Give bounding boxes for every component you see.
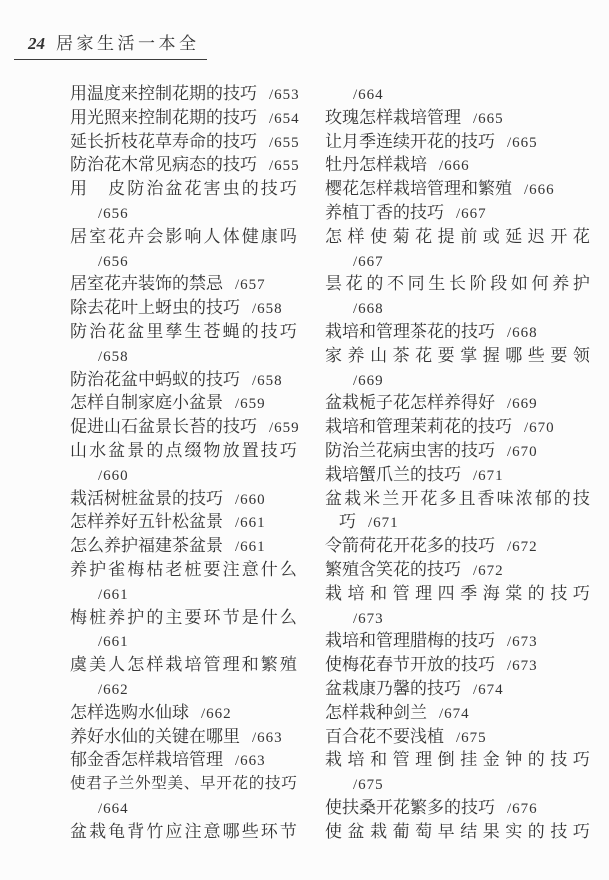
entry-char: 阶	[470, 272, 487, 296]
toc-line: 盆栽栀子花怎样养得好/669	[325, 391, 590, 415]
entry-char: 栽	[89, 820, 106, 844]
entry-char: 不	[387, 272, 404, 296]
toc-line: 虞美人怎样栽培管理和繁殖	[70, 653, 297, 677]
entry-char: 季	[460, 582, 477, 606]
entry-page-number: /667	[353, 254, 384, 270]
entry-char: 早	[200, 772, 216, 796]
entry-char: 室	[89, 225, 106, 249]
toc-line: 繁殖含笑花的技巧/672	[325, 558, 590, 582]
entry-char: 领	[573, 344, 590, 368]
entry-char: 金	[483, 748, 500, 772]
entry-char: 使	[325, 820, 342, 844]
entry-char: 培	[184, 653, 201, 677]
entry-char: 环	[261, 820, 278, 844]
entry-char: 主	[165, 606, 182, 630]
entry-char: 和	[370, 582, 387, 606]
entry-char: 吗	[280, 225, 297, 249]
entry-char: 、	[184, 772, 200, 796]
toc-line: /664	[325, 82, 590, 106]
entry-char: 山	[370, 344, 387, 368]
entry-char: 花	[415, 344, 432, 368]
entry-char: 影	[165, 225, 182, 249]
toc-line: /669	[325, 368, 590, 392]
entry-char: 美	[89, 653, 106, 677]
entry-page-number: /656	[98, 254, 129, 270]
entry-char: 缀	[184, 439, 201, 463]
entry-char: 的	[146, 439, 163, 463]
entry-title: 怎样选购水仙球	[70, 703, 189, 722]
entry-char: 样	[146, 653, 163, 677]
entry-char: 子	[103, 772, 119, 796]
entry-char: 长	[449, 272, 466, 296]
entry-char: 物	[204, 439, 221, 463]
entry-char: 花	[108, 320, 125, 344]
entry-char: 的	[249, 772, 265, 796]
entry-char: 什	[261, 606, 278, 630]
toc-line: 防治花盆里孳生苍蝇的技巧	[70, 320, 297, 344]
entry-page-number: /672	[473, 563, 504, 579]
entry-title: 牡丹怎样栽培	[325, 155, 427, 174]
book-page: 24居家生活一本全 用温度来控制花期的技巧/653用光照来控制花期的技巧/654…	[0, 0, 609, 880]
entry-char: 些	[528, 344, 545, 368]
entry-page-number: /668	[507, 325, 538, 341]
entry-char: 山	[70, 439, 87, 463]
toc-line: 昙花的不同生长阶段如何养护	[325, 272, 590, 296]
entry-page-number: /671	[368, 515, 399, 531]
toc-line: 怎样使菊花提前或延迟开花	[325, 225, 590, 249]
entry-char: 技	[573, 487, 590, 511]
entry-char: 的	[242, 177, 259, 201]
toc-column-right: /664玫瑰怎样栽培管理/665让月季连续开花的技巧/665牡丹怎样栽培/666…	[325, 82, 590, 844]
entry-char: 虞	[70, 653, 87, 677]
entry-title: 让月季连续开花的技巧	[325, 132, 495, 151]
entry-title: 使扶桑开花繁多的技巧	[325, 798, 495, 817]
toc-line: 盆栽米兰开花多且香味浓郁的技	[325, 487, 590, 511]
entry-title: 养好水仙的关键在哪里	[70, 727, 240, 746]
toc-line: /656	[70, 249, 297, 273]
entry-page-number: /661	[235, 515, 266, 531]
entry-char: 梅	[127, 558, 144, 582]
entry-char: 盆	[325, 487, 342, 511]
entry-char: 管	[393, 582, 410, 606]
entry-char: 注	[184, 820, 201, 844]
entry-char: 巧	[280, 320, 297, 344]
entry-char: 体	[223, 225, 240, 249]
entry-char: 孳	[165, 320, 182, 344]
toc-line: 郁金香怎样栽培管理/663	[70, 748, 297, 772]
entry-char: 君	[86, 772, 102, 796]
toc-line: /661	[70, 582, 297, 606]
toc-line: 栽活树桩盆景的技巧/660	[70, 487, 297, 511]
entry-char: 米	[363, 487, 380, 511]
entry-char: 哪	[505, 344, 522, 368]
toc-column-left: 用温度来控制花期的技巧/653用光照来控制花期的技巧/654延长折枝花草寿命的技…	[70, 82, 297, 844]
header-page-number: 24	[28, 34, 45, 53]
toc-line: /660	[70, 463, 297, 487]
toc-line: 巧/671	[325, 510, 590, 534]
entry-title: 使梅花春节开放的技巧	[325, 655, 495, 674]
entry-char: 卉	[127, 225, 144, 249]
entry-char: 巧	[281, 772, 297, 796]
toc-line: 牡丹怎样栽培/666	[325, 153, 590, 177]
entry-title: 促进山石盆景长苔的技巧	[70, 417, 257, 436]
entry-page-number: /673	[507, 658, 538, 674]
entry-char: 花	[573, 225, 590, 249]
toc-line: 防治兰花病虫害的技巧/670	[325, 439, 590, 463]
entry-title: 百合花不要浅植	[325, 727, 444, 746]
entry-char: 的	[528, 820, 545, 844]
entry-char: 巧	[573, 748, 590, 772]
entry-page-number: /672	[507, 539, 538, 555]
entry-char: 雀	[108, 558, 125, 582]
entry-char: 果	[483, 820, 500, 844]
entry-page-number: /668	[353, 301, 384, 317]
entry-char: 段	[490, 272, 507, 296]
entry-title: 栽培和管理茶花的技巧	[325, 322, 495, 341]
entry-char: 花	[184, 177, 201, 201]
entry-char: 防	[127, 177, 144, 201]
entry-char: 管	[204, 653, 221, 677]
entry-char: 怎	[127, 653, 144, 677]
entry-char: 的	[242, 320, 259, 344]
toc-line: 令箭荷花开花多的技巧/672	[325, 534, 590, 558]
toc-line: 家养山茶花要掌握哪些要领	[325, 344, 590, 368]
toc-line: 盆栽康乃馨的技巧/674	[325, 677, 590, 701]
entry-char: 应	[165, 820, 182, 844]
entry-char: 护	[573, 272, 590, 296]
entry-page-number: /655	[269, 158, 300, 174]
entry-char: 盆	[70, 820, 87, 844]
entry-char: 技	[550, 820, 567, 844]
entry-char: 么	[280, 558, 297, 582]
entry-char: 护	[127, 606, 144, 630]
missing-char-gap	[89, 177, 106, 201]
entry-char: 康	[261, 225, 278, 249]
entry-char: 皮	[108, 177, 125, 201]
entry-char: 殖	[280, 653, 297, 677]
entry-char: 何	[532, 272, 549, 296]
entry-title: 令箭荷花开花多的技巧	[325, 536, 495, 555]
entry-title: 玫瑰怎样栽培管理	[325, 108, 461, 127]
entry-page-number: /664	[353, 87, 384, 103]
entry-title: 怎么养护福建茶盆景	[70, 536, 223, 555]
entry-char: 海	[483, 582, 500, 606]
entry-page-number: /669	[353, 373, 384, 389]
entry-char: 哪	[223, 820, 240, 844]
toc-line: /668	[325, 296, 590, 320]
toc-line: 用光照来控制花期的技巧/654	[70, 106, 297, 130]
entry-page-number: /673	[507, 634, 538, 650]
entry-char: 四	[438, 582, 455, 606]
entry-char: 技	[265, 772, 281, 796]
entry-title: 栽活树桩盆景的技巧	[70, 489, 223, 508]
entry-page-number: /666	[439, 158, 470, 174]
entry-char: 人	[204, 225, 221, 249]
entry-char: 龟	[108, 820, 125, 844]
entry-char: 响	[184, 225, 201, 249]
entry-char: 理	[223, 653, 240, 677]
entry-char: 花	[415, 225, 432, 249]
entry-char: 老	[165, 558, 182, 582]
toc-line: 怎样自制家庭小盆景/659	[70, 391, 297, 415]
toc-line: 除去花叶上蚜虫的技巧/658	[70, 296, 297, 320]
entry-char: 水	[89, 439, 106, 463]
entry-page-number: /675	[353, 777, 384, 793]
entry-char: 开	[550, 225, 567, 249]
entry-char: 置	[242, 439, 259, 463]
entry-page-number: /673	[353, 611, 384, 627]
entry-char: 棠	[505, 582, 522, 606]
entry-char: 意	[242, 558, 259, 582]
entry-char: 梅	[70, 606, 87, 630]
toc-line: 百合花不要浅植/675	[325, 725, 590, 749]
toc-line: 樱花怎样栽培管理和繁殖/666	[325, 177, 590, 201]
entry-char: 虫	[223, 177, 240, 201]
entry-char: 景	[127, 439, 144, 463]
entry-char: 兰	[119, 772, 135, 796]
entry-title: 防治花盆中蚂蚁的技巧	[70, 370, 240, 389]
entry-char: 开	[216, 772, 232, 796]
entry-char: 节	[280, 820, 297, 844]
entry-title: 巧	[339, 512, 356, 531]
entry-char: 枯	[146, 558, 163, 582]
entry-page-number: /671	[473, 468, 504, 484]
entry-char: 蝇	[223, 320, 240, 344]
toc-line: 使盆栽葡萄早结果实的技巧	[325, 820, 590, 844]
entry-page-number: /666	[524, 182, 555, 198]
entry-title: 怎样养好五针松盆景	[70, 512, 223, 531]
page-header: 24居家生活一本全	[14, 29, 207, 60]
entry-char: 萄	[415, 820, 432, 844]
entry-char: 生	[184, 320, 201, 344]
entry-char: 巧	[573, 582, 590, 606]
entry-char: 盆	[165, 177, 182, 201]
toc-line: 使梅花春节开放的技巧/673	[325, 653, 590, 677]
entry-char: 使	[370, 225, 387, 249]
toc-line: 养护雀梅枯老桩要注意什么	[70, 558, 297, 582]
entry-page-number: /662	[201, 706, 232, 722]
toc-line: 防治花木常见病态的技巧/655	[70, 153, 297, 177]
entry-char: 竹	[146, 820, 163, 844]
entry-char: 治	[89, 320, 106, 344]
entry-page-number: /665	[473, 111, 504, 127]
toc-line: 栽培和管理茉莉花的技巧/670	[325, 415, 590, 439]
entry-char: 花	[346, 272, 363, 296]
entry-page-number: /658	[98, 349, 129, 365]
toc-line: /673	[325, 606, 590, 630]
entry-title: 郁金香怎样栽培管理	[70, 750, 223, 769]
entry-title: 栽培和管理腊梅的技巧	[325, 631, 495, 650]
entry-page-number: /676	[507, 801, 538, 817]
entry-char: 型	[151, 772, 167, 796]
toc-line: /667	[325, 249, 590, 273]
entry-char: 人	[108, 653, 125, 677]
entry-page-number: /670	[524, 420, 555, 436]
entry-char: 盆	[127, 320, 144, 344]
toc-line: /658	[70, 344, 297, 368]
entry-char: 意	[204, 820, 221, 844]
entry-char: 护	[89, 558, 106, 582]
entry-char: 桩	[184, 558, 201, 582]
entry-char: 栽	[325, 582, 342, 606]
entry-char: 养	[70, 558, 87, 582]
toc-line: /664	[70, 796, 297, 820]
entry-page-number: /659	[269, 420, 300, 436]
toc-line: 栽培和管理腊梅的技巧/673	[325, 629, 590, 653]
entry-char: 盆	[348, 820, 365, 844]
entry-char: 味	[497, 487, 514, 511]
entry-char: 同	[408, 272, 425, 296]
entry-title: 樱花怎样栽培管理和繁殖	[325, 179, 512, 198]
toc-line: 怎样栽种剑兰/674	[325, 701, 590, 725]
toc-line: 让月季连续开花的技巧/665	[325, 130, 590, 154]
toc-line: 山水盆景的点缀物放置技巧	[70, 439, 297, 463]
entry-char: 郁	[535, 487, 552, 511]
entry-char: 放	[223, 439, 240, 463]
entry-char: 理	[415, 748, 432, 772]
entry-char: 使	[70, 772, 86, 796]
entry-page-number: /660	[235, 492, 266, 508]
entry-char: 浓	[516, 487, 533, 511]
entry-title: 延长折枝花草寿命的技巧	[70, 132, 257, 151]
entry-char: 怎	[325, 225, 342, 249]
entry-char: 养	[108, 606, 125, 630]
toc-line: 使扶桑开花繁多的技巧/676	[325, 796, 590, 820]
entry-char: 居	[70, 225, 87, 249]
entry-page-number: /655	[269, 135, 300, 151]
entry-char: 的	[554, 487, 571, 511]
entry-title: 盆栽康乃馨的技巧	[325, 679, 461, 698]
entry-char: 防	[70, 320, 87, 344]
entry-page-number: /661	[98, 587, 129, 603]
entry-char: 培	[348, 582, 365, 606]
entry-char: 苍	[204, 320, 221, 344]
entry-char: 的	[146, 606, 163, 630]
entry-char: 外	[135, 772, 151, 796]
entry-char: 提	[438, 225, 455, 249]
toc-line: 防治花盆中蚂蚁的技巧/658	[70, 368, 297, 392]
entry-page-number: /657	[235, 277, 266, 293]
entry-char: 会	[146, 225, 163, 249]
entry-char: 要	[184, 606, 201, 630]
entry-char: 挂	[460, 748, 477, 772]
entry-page-number: /660	[98, 468, 129, 484]
entry-char: 点	[165, 439, 182, 463]
entry-page-number: /662	[98, 682, 129, 698]
entry-page-number: /653	[269, 87, 300, 103]
entry-char: 掌	[460, 344, 477, 368]
toc-line: 盆栽龟背竹应注意哪些环节	[70, 820, 297, 844]
entry-title: 用光照来控制花期的技巧	[70, 108, 257, 127]
entry-char: 么	[280, 606, 297, 630]
entry-title: 怎样自制家庭小盆景	[70, 393, 223, 412]
toc-line: 怎么养护福建茶盆景/661	[70, 534, 297, 558]
entry-char: 什	[261, 558, 278, 582]
entry-page-number: /674	[439, 706, 470, 722]
entry-char: 技	[550, 582, 567, 606]
entry-char: 或	[483, 225, 500, 249]
entry-char: 香	[478, 487, 495, 511]
entry-char: 的	[366, 272, 383, 296]
entry-title: 防治花木常见病态的技巧	[70, 155, 257, 174]
entry-char: 盆	[108, 439, 125, 463]
entry-char: 花	[233, 772, 249, 796]
entry-char: 兰	[382, 487, 399, 511]
entry-char: 培	[348, 748, 365, 772]
entry-char: 养	[552, 272, 569, 296]
entry-char: 巧	[280, 177, 297, 201]
entry-char: 美	[168, 772, 184, 796]
entry-char: 繁	[261, 653, 278, 677]
entry-char: 结	[460, 820, 477, 844]
toc-line: 延长折枝花草寿命的技巧/655	[70, 130, 297, 154]
entry-char: 前	[460, 225, 477, 249]
entry-char: 技	[261, 439, 278, 463]
entry-char: 治	[146, 177, 163, 201]
entry-char: 巧	[573, 820, 590, 844]
entry-char: 葡	[393, 820, 410, 844]
entry-char: 栽	[325, 748, 342, 772]
entry-page-number: /667	[456, 206, 487, 222]
entry-page-number: /659	[235, 396, 266, 412]
toc-line: /662	[70, 677, 297, 701]
toc-line: 怎样养好五针松盆景/661	[70, 510, 297, 534]
toc-line: /661	[70, 629, 297, 653]
entry-title: 防治兰花病虫害的技巧	[325, 441, 495, 460]
entry-char: 健	[242, 225, 259, 249]
entry-char: 害	[204, 177, 221, 201]
header-book-title: 居家生活一本全	[56, 34, 200, 53]
entry-char: 技	[550, 748, 567, 772]
entry-char: 环	[204, 606, 221, 630]
entry-page-number: /658	[252, 301, 283, 317]
entry-char: 的	[528, 582, 545, 606]
entry-page-number: /675	[456, 730, 487, 746]
entry-page-number: /663	[235, 753, 266, 769]
entry-page-number: /664	[98, 801, 129, 817]
toc-line: 居室花卉会影响人体健康吗	[70, 225, 297, 249]
entry-char: 巧	[280, 439, 297, 463]
entry-char: 养	[348, 344, 365, 368]
entry-char: 生	[428, 272, 445, 296]
entry-char: 早	[438, 820, 455, 844]
toc-line: 用 皮防治盆花害虫的技巧	[70, 177, 297, 201]
entry-char: 样	[348, 225, 365, 249]
entry-char: 理	[415, 582, 432, 606]
entry-char: 钟	[505, 748, 522, 772]
entry-page-number: /658	[252, 373, 283, 389]
entry-char: 技	[261, 177, 278, 201]
entry-char: 背	[127, 820, 144, 844]
entry-char: 如	[511, 272, 528, 296]
entry-page-number: /674	[473, 682, 504, 698]
toc-line: 梅桩养护的主要环节是什么	[70, 606, 297, 630]
entry-title: 栽培蟹爪兰的技巧	[325, 465, 461, 484]
entry-char: 多	[439, 487, 456, 511]
toc-line: 怎样选购水仙球/662	[70, 701, 297, 725]
entry-char: 延	[505, 225, 522, 249]
toc-line: 养植丁香的技巧/667	[325, 201, 590, 225]
toc-line: 栽培和管理茶花的技巧/668	[325, 320, 590, 344]
entry-char: 注	[223, 558, 240, 582]
entry-char: 栽	[344, 487, 361, 511]
entry-char: 栽	[370, 820, 387, 844]
entry-char: 要	[438, 344, 455, 368]
entry-char: 开	[401, 487, 418, 511]
toc-line: 玫瑰怎样栽培管理/665	[325, 106, 590, 130]
entry-char: 花	[420, 487, 437, 511]
entry-char: 节	[223, 606, 240, 630]
